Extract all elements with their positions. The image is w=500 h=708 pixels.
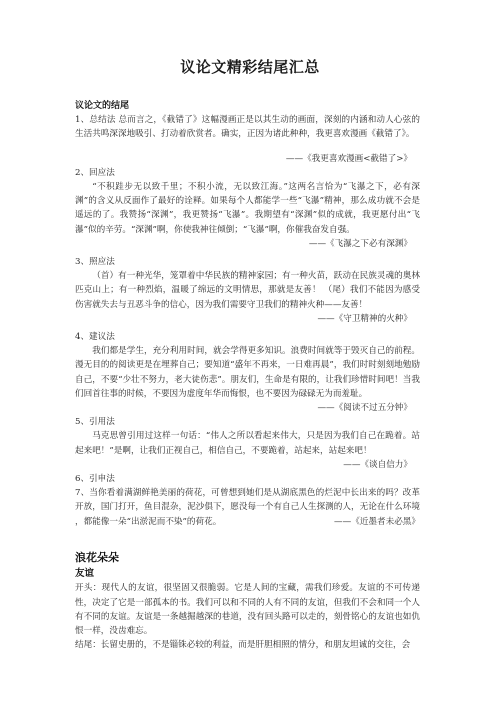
document-page: 议论文精彩结尾汇总 议论文的结尾 1、总结法 总而言之，《截错了》这幅漫画正是以… [0,0,500,708]
spacer [75,529,420,543]
spacer [75,142,420,152]
section-heading-langhua: 浪花朵朵 [75,551,420,565]
section-5-heading: 5、引用法 [75,415,420,429]
section-2-heading: 2、回应法 [75,166,420,180]
section-2-source: ——《飞瀑之下必有深渊》 [75,237,420,251]
section-4-heading: 4、建议法 [75,330,420,344]
section-5-source: ——《谈自信力》 [75,458,420,472]
friendship-ending: 结尾：长留史册的，不是锱铢必较的利益，而是肝胆相照的情分，和朋友坦诚的交往，会 [75,638,420,652]
section-2-body: “不积跬步无以致千里；不积小流，无以致江海。”这两名言恰为“飞瀑之下，必有深渊”… [75,180,420,237]
friendship-opening: 开头：现代人的友谊，很坚固又很脆弱。它是人间的宝藏，需我们珍爱。友谊的不可传递性… [75,581,420,638]
document-title: 议论文精彩结尾汇总 [0,56,500,77]
section-3-source: ——《守卫精神的火种》 [75,312,420,326]
section-3-body: （首）有一种光华，笼罩着中华民族的精神家园；有一种火苗，跃动在民族灵魂的奥林匹克… [75,269,420,312]
section-6-source: ——《近墨者未必黑》 [334,515,420,529]
section-6-heading: 6、引申法 [75,472,420,486]
section-1-body: 1、总结法 总而言之，《截错了》这幅漫画正是以其生动的画面，深刻的内涵和动人心弦… [75,113,420,141]
section-4-source: ——《阅读不过五分钟》 [75,401,420,415]
section-1-source: ——《我更喜欢漫画<截错了>》 [75,152,420,166]
subheading-friendship: 友谊 [75,567,420,581]
section-3-heading: 3、照应法 [75,255,420,269]
section-6-body: 7、当你看着满湖鲜艳美丽的荷花，可曾想到她们是从湖底黑色的烂泥中长出来的吗？改革… [75,486,420,529]
section-4-body: 我们都是学生，充分利用时间，就会学得更多知识。浪费时间就等于毁灭自己的前程。漫无… [75,344,420,401]
section-5-body: 马克思曾引用过这样一句话：“伟人之所以看起来伟大，只是因为我们自己在跪着。站起来… [75,429,420,457]
document-content: 议论文的结尾 1、总结法 总而言之，《截错了》这幅漫画正是以其生动的画面，深刻的… [75,99,420,652]
subtitle: 议论文的结尾 [75,99,420,113]
